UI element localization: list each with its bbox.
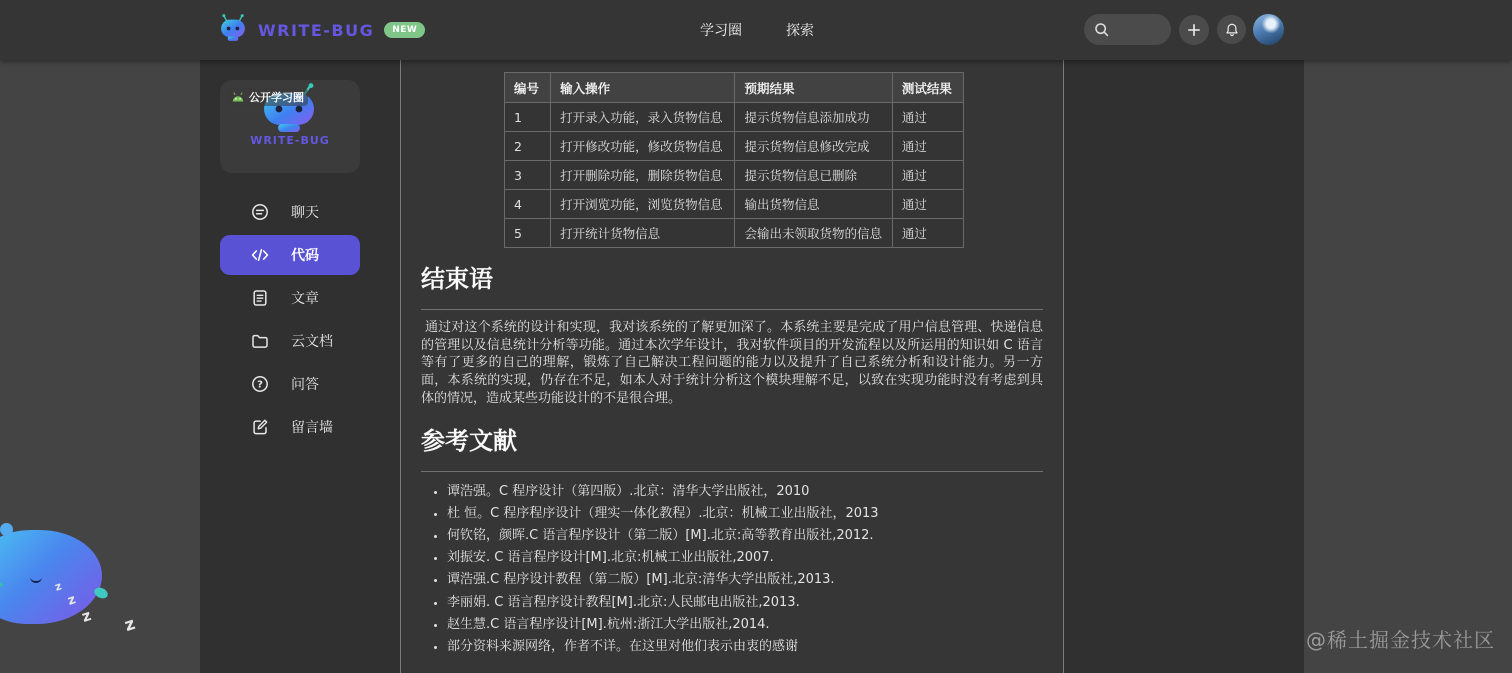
test-results-table: 编号输入操作预期结果测试结果1打开录入功能，录入货物信息提示货物信息添加成功通过… xyxy=(504,72,964,248)
sleep-z-letter: z xyxy=(79,606,93,626)
divider xyxy=(421,309,1043,310)
table-cell: 通过 xyxy=(892,219,963,248)
plus-icon xyxy=(1186,22,1202,38)
table-cell: 打开录入功能，录入货物信息 xyxy=(551,103,735,132)
table-cell: 打开浏览功能，浏览货物信息 xyxy=(551,190,735,219)
circle-card-label-text: 公开学习圈 xyxy=(249,89,304,105)
robot-closed-eye xyxy=(30,576,42,583)
sidebar-menu: 聊天代码文章云文档?问答留言墙 xyxy=(200,192,380,447)
table-cell: 会输出未领取货物的信息 xyxy=(735,219,892,248)
search-icon xyxy=(1093,21,1110,38)
search-input[interactable] xyxy=(1114,22,1166,38)
svg-text:?: ? xyxy=(257,380,263,391)
create-button[interactable] xyxy=(1179,15,1209,45)
sleep-zzz: zzzz xyxy=(55,578,175,648)
sidebar-item-label: 云文档 xyxy=(291,331,333,351)
article-content: 编号输入操作预期结果测试结果1打开录入功能，录入货物信息提示货物信息添加成功通过… xyxy=(400,60,1064,673)
divider xyxy=(421,471,1043,472)
sidebar-item-message-wall[interactable]: 留言墙 xyxy=(220,407,360,447)
nav-item-study-circle[interactable]: 学习圈 xyxy=(700,20,742,40)
android-icon xyxy=(231,91,245,103)
table-cell: 通过 xyxy=(892,132,963,161)
table-row: 4打开浏览功能，浏览货物信息输出货物信息通过 xyxy=(505,190,964,219)
table-header-cell: 测试结果 xyxy=(892,73,963,103)
sidebar-item-label: 聊天 xyxy=(291,202,319,222)
table-header-cell: 编号 xyxy=(505,73,551,103)
section-title-conclusion: 结束语 xyxy=(421,262,1043,296)
table-cell: 1 xyxy=(505,103,551,132)
notifications-button[interactable] xyxy=(1217,15,1246,44)
circle-sidebar: 公开学习圈 WRITE-BUG 聊天代码文章云文档?问答留言墙 xyxy=(200,60,380,673)
robot-leaf-mark xyxy=(0,576,3,590)
table-cell: 提示货物信息修改完成 xyxy=(735,132,892,161)
sidebar-item-label: 问答 xyxy=(291,374,319,394)
reference-item: 部分资料来源网络，作者不详。在这里对他们表示由衷的感谢 xyxy=(447,636,1043,658)
sidebar-item-label: 留言墙 xyxy=(291,417,333,437)
table-cell: 通过 xyxy=(892,161,963,190)
sidebar-item-qa[interactable]: ?问答 xyxy=(220,364,360,404)
header-nav: 学习圈探索 xyxy=(700,0,814,60)
references-list: 谭浩强。C 程序设计（第四版）.北京：清华大学出版社，2010杜 恒。C 程序程… xyxy=(421,481,1043,659)
brand-name: WRITE-BUG xyxy=(258,21,374,40)
table-header-cell: 输入操作 xyxy=(551,73,735,103)
table-header-cell: 预期结果 xyxy=(735,73,892,103)
table-cell: 打开修改功能，修改货物信息 xyxy=(551,132,735,161)
sleep-z-letter: z xyxy=(53,579,63,593)
circle-card[interactable]: 公开学习圈 WRITE-BUG xyxy=(220,80,360,173)
circle-card-label: 公开学习圈 xyxy=(227,88,308,106)
brand-logo[interactable]: WRITE-BUG NEW xyxy=(218,6,425,54)
conclusion-paragraph: 通过对这个系统的设计和实现，我对该系统的了解更加深了。本系统主要是完成了用户信息… xyxy=(421,319,1043,408)
table-row: 5打开统计货物信息会输出未领取货物的信息通过 xyxy=(505,219,964,248)
user-avatar[interactable] xyxy=(1253,14,1284,45)
nav-item-explore[interactable]: 探索 xyxy=(786,20,814,40)
cloud-doc-icon xyxy=(250,331,270,351)
new-badge: NEW xyxy=(384,22,425,38)
sidebar-item-articles[interactable]: 文章 xyxy=(220,278,360,318)
search-box[interactable] xyxy=(1084,14,1171,45)
table-header-row: 编号输入操作预期结果测试结果 xyxy=(505,73,964,103)
table-row: 1打开录入功能，录入货物信息提示货物信息添加成功通过 xyxy=(505,103,964,132)
table-cell: 提示货物信息已删除 xyxy=(735,161,892,190)
learning-circle-panel: 公开学习圈 WRITE-BUG 聊天代码文章云文档?问答留言墙 编号输入操作预期… xyxy=(200,60,1304,673)
robot-logo-icon xyxy=(218,12,248,49)
sidebar-item-cloud-docs[interactable]: 云文档 xyxy=(220,321,360,361)
article-icon xyxy=(250,288,270,308)
table-cell: 2 xyxy=(505,132,551,161)
table-cell: 通过 xyxy=(892,103,963,132)
sidebar-item-chat[interactable]: 聊天 xyxy=(220,192,360,232)
table-cell: 通过 xyxy=(892,190,963,219)
reference-item: 李丽娟. C 语言程序设计教程[M].北京:人民邮电出版社,2013. xyxy=(447,592,1043,614)
table-cell: 提示货物信息添加成功 xyxy=(735,103,892,132)
table-cell: 3 xyxy=(505,161,551,190)
sidebar-item-code[interactable]: 代码 xyxy=(220,235,360,275)
code-icon xyxy=(250,245,270,265)
sleep-z-letter: z xyxy=(66,592,78,609)
app-header: WRITE-BUG NEW 学习圈探索 xyxy=(0,0,1512,60)
table-cell: 5 xyxy=(505,219,551,248)
table-row: 2打开修改功能，修改货物信息提示货物信息修改完成通过 xyxy=(505,132,964,161)
reference-item: 杜 恒。C 程序程序设计（理实一体化教程）.北京：机械工业出版社，2013 xyxy=(447,503,1043,525)
reference-item: 谭浩强。C 程序设计（第四版）.北京：清华大学出版社，2010 xyxy=(447,481,1043,503)
reference-item: 刘振安. C 语言程序设计[M].北京:机械工业出版社,2007. xyxy=(447,547,1043,569)
sleep-z-letter: z xyxy=(122,614,138,636)
table-cell: 打开删除功能，删除货物信息 xyxy=(551,161,735,190)
section-title-references: 参考文献 xyxy=(421,424,1043,458)
circle-card-brand: WRITE-BUG xyxy=(220,134,360,147)
message-wall-icon xyxy=(250,417,270,437)
table-cell: 4 xyxy=(505,190,551,219)
reference-item: 何钦铭，颜晖.C 语言程序设计（第二版）[M].北京:高等教育出版社,2012. xyxy=(447,525,1043,547)
chat-icon xyxy=(250,202,270,222)
watermark: @稀土掘金技术社区 xyxy=(1306,624,1495,653)
sidebar-item-label: 文章 xyxy=(291,288,319,308)
table-cell: 打开统计货物信息 xyxy=(551,219,735,248)
table-row: 3打开删除功能，删除货物信息提示货物信息已删除通过 xyxy=(505,161,964,190)
sidebar-item-label: 代码 xyxy=(291,245,319,265)
reference-item: 赵生慧.C 语言程序设计[M].杭州:浙江大学出版社,2014. xyxy=(447,614,1043,636)
table-cell: 输出货物信息 xyxy=(735,190,892,219)
bell-icon xyxy=(1224,22,1240,38)
reference-item: 谭浩强.C 程序设计教程（第二版）[M].北京:清华大学出版社,2013. xyxy=(447,569,1043,591)
qa-icon: ? xyxy=(250,374,270,394)
